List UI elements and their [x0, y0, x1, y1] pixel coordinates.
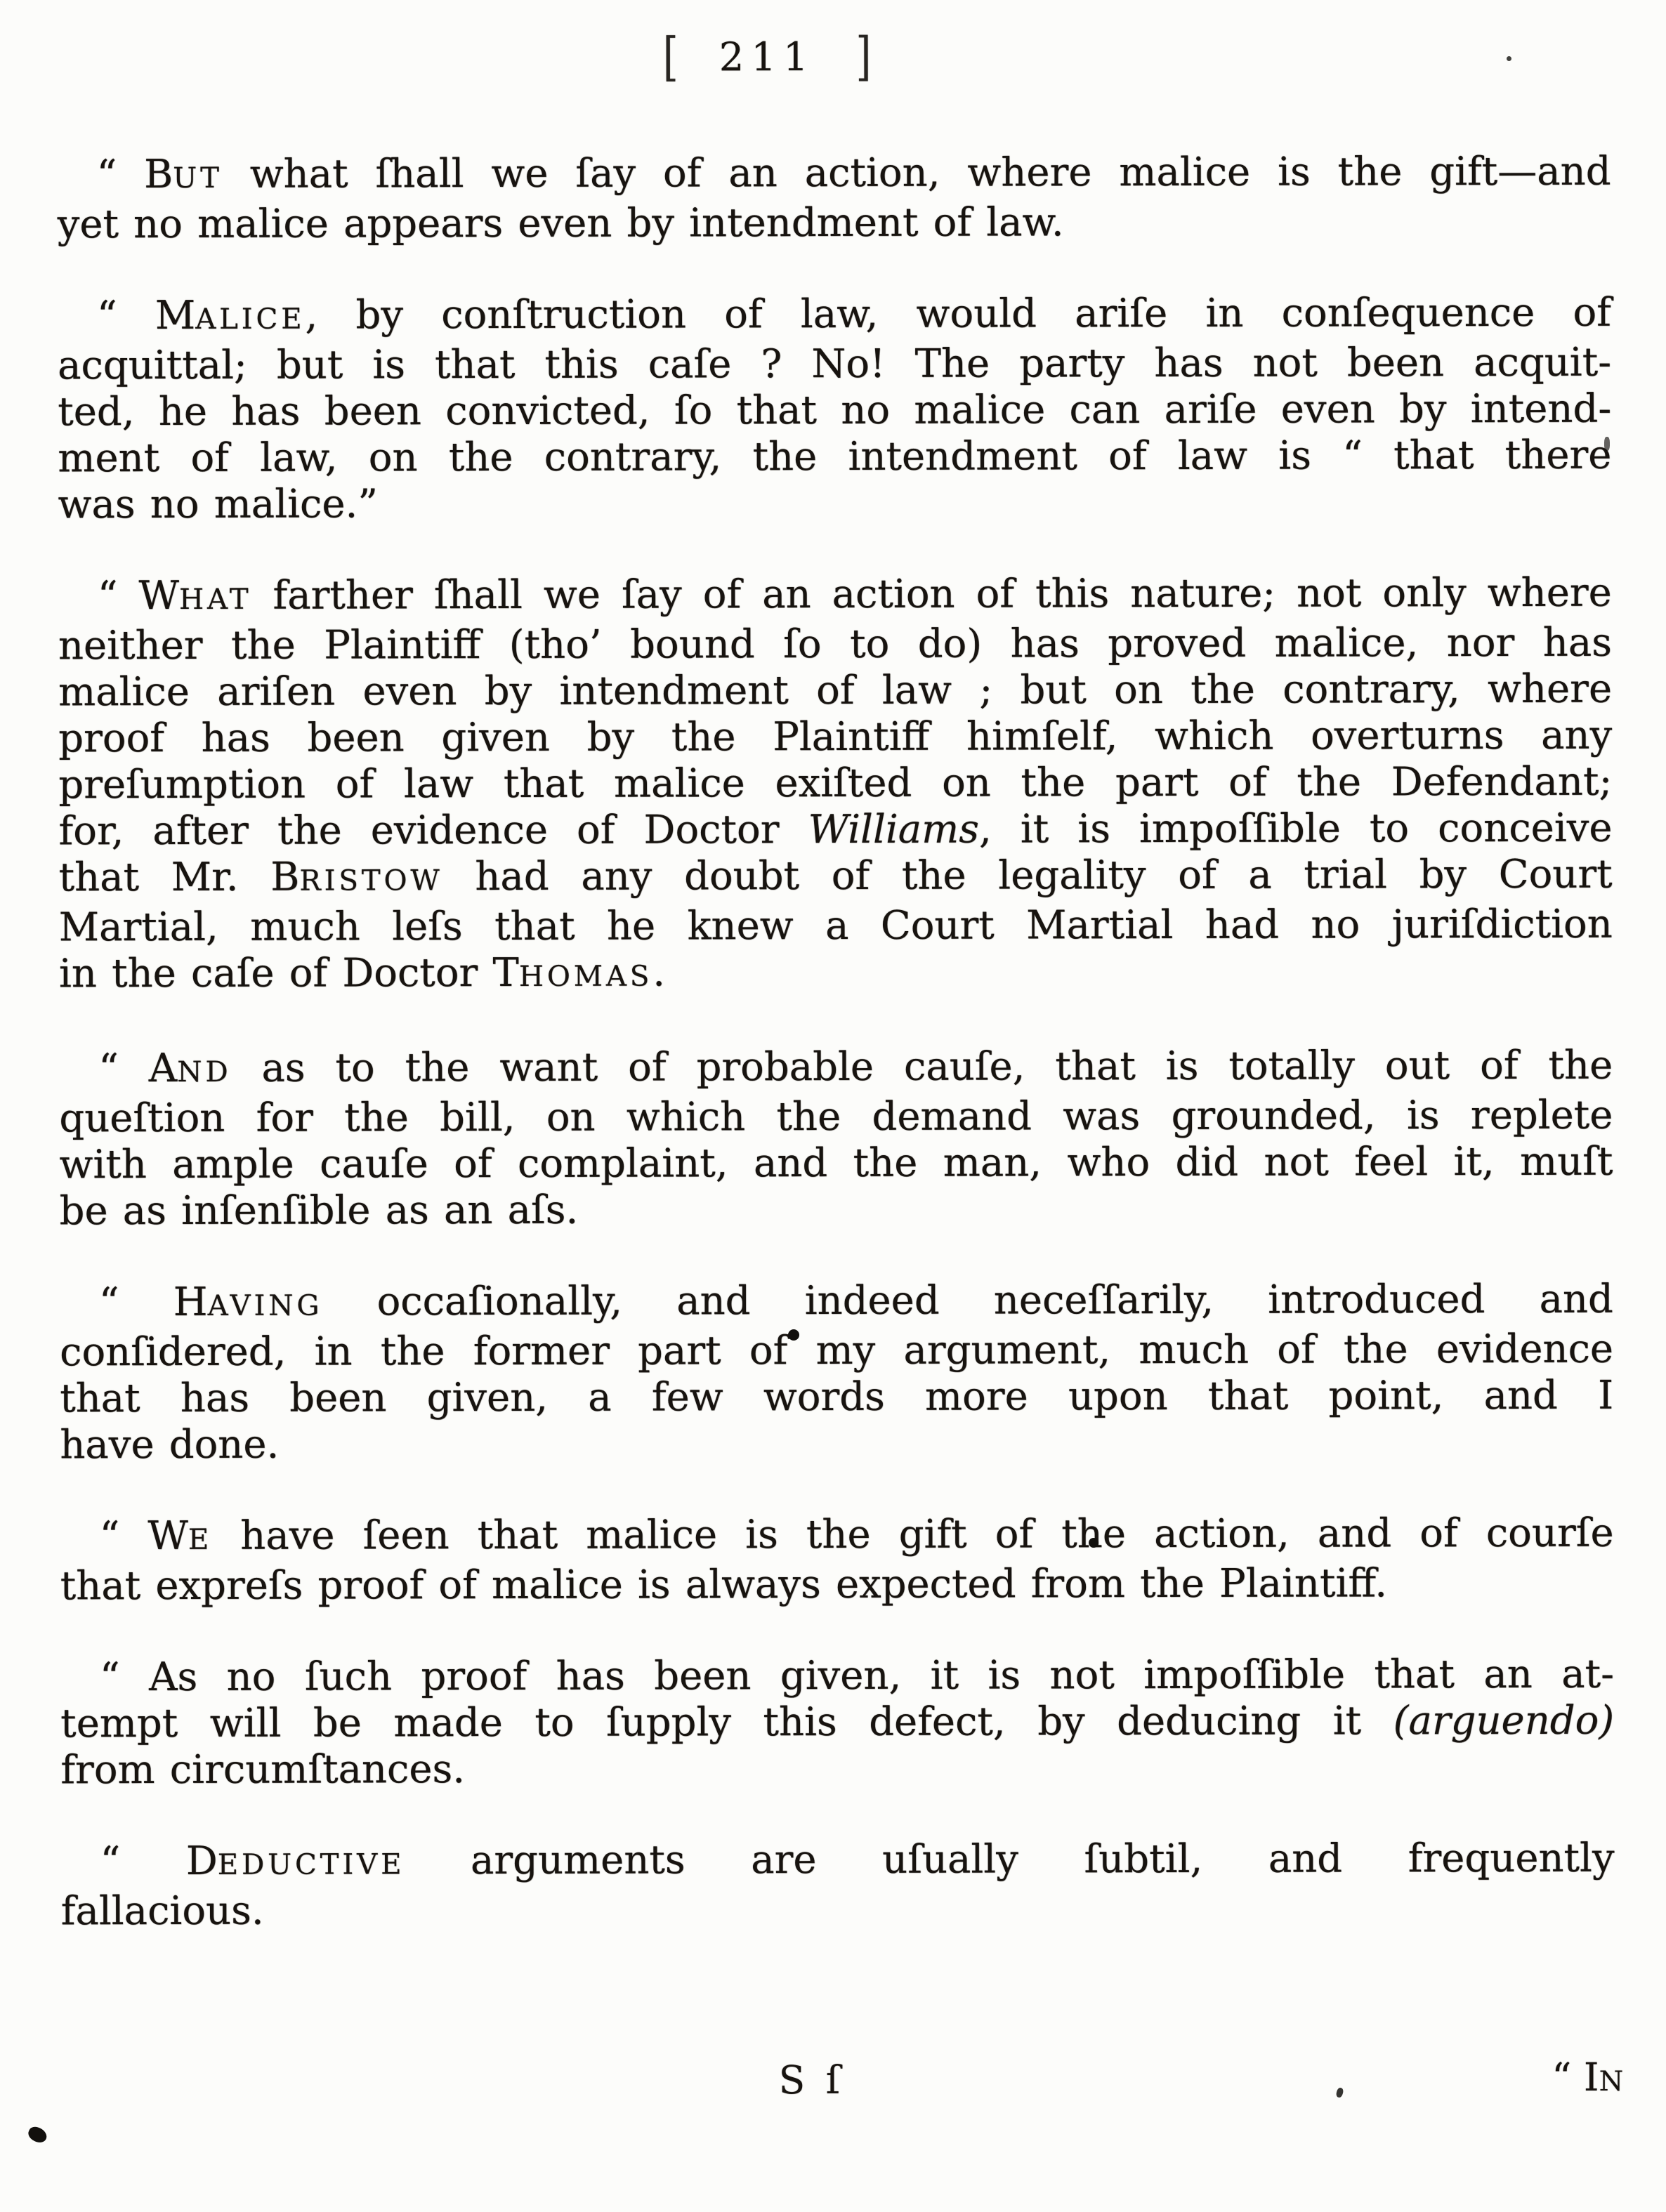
- paragraph: “ MALICE, by conſtruction of law, would …: [58, 290, 1612, 529]
- italic-text: (arguendo): [1393, 1698, 1615, 1744]
- text-segment: “ D: [100, 1838, 217, 1884]
- text-segment: malice ariſen even by intendment of law …: [58, 666, 1612, 716]
- page-footer: S ſ “ IN: [59, 2058, 1627, 2114]
- smallcaps-text: UT: [173, 162, 223, 195]
- text-line: “ AND as to the want of probable cauſe, …: [59, 1043, 1613, 1096]
- smallcaps-text: ND: [177, 1055, 231, 1088]
- text-line: “ MALICE, by conſtruction of law, would …: [58, 290, 1611, 343]
- text-line: malice ariſen even by intendment of law …: [58, 666, 1612, 716]
- smallcaps-text: E: [188, 1523, 212, 1556]
- text-segment: preſumption of law that malice exiſted o…: [58, 759, 1612, 808]
- catchword: “ IN: [1552, 2055, 1627, 2100]
- text-line: that has been given, a few words more up…: [60, 1373, 1613, 1423]
- scan-speck: [1604, 437, 1610, 451]
- smallcaps-text: N: [1599, 2065, 1627, 2098]
- text-line: yet no malice appears even by intendment…: [58, 199, 1611, 249]
- text-segment: acquittal; but is that this caſe ? No! T…: [58, 340, 1611, 389]
- scan-speck: [26, 2124, 49, 2145]
- signature-mark: S ſ: [779, 2058, 845, 2102]
- text-segment: was no malice.”: [58, 481, 378, 527]
- paragraph: “ WHAT farther ſhall we ſay of an action…: [58, 570, 1613, 1001]
- text-line: ted, he has been convicted, ſo that no m…: [58, 386, 1611, 436]
- text-line: that Mr. BRISTOW had any doubt of the le…: [59, 852, 1613, 905]
- text-segment: have done.: [60, 1422, 279, 1468]
- text-line: acquittal; but is that this caſe ? No! T…: [58, 340, 1611, 390]
- header-left-bracket: [: [663, 21, 678, 96]
- page-header: [211]: [0, 28, 1544, 88]
- text-segment: “ W: [100, 1513, 188, 1559]
- paragraph: “ As no ſuch proof has been given, it is…: [60, 1652, 1614, 1794]
- smallcaps-text: HOMAS: [519, 960, 653, 993]
- text-line: have done.: [60, 1419, 1613, 1469]
- text-segment: that has been given, a few words more up…: [60, 1373, 1613, 1422]
- scan-speck: [1089, 1538, 1098, 1548]
- text-segment: yet no malice appears even by intendment…: [58, 199, 1064, 247]
- text-line: that expreſs proof of malice is always e…: [60, 1560, 1614, 1610]
- text-line: with ample cauſe of complaint, and the m…: [59, 1139, 1613, 1189]
- text-line: preſumption of law that malice exiſted o…: [58, 759, 1612, 809]
- text-segment: tempt will be made to ſupply this defect…: [60, 1698, 1393, 1746]
- text-line: for, after the evidence of Doctor Willia…: [58, 805, 1612, 855]
- text-segment: proof has been given by the Plaintiff hi…: [58, 713, 1612, 762]
- smallcaps-text: EDUCTIVE: [218, 1848, 405, 1881]
- text-segment: what ſhall we ſay of an action, where ma…: [223, 149, 1611, 197]
- text-segment: that expreſs proof of malice is always e…: [60, 1560, 1387, 1609]
- text-line: Martial, much leſs that he knew a Court …: [59, 902, 1613, 952]
- text-segment: “ A: [98, 1046, 177, 1091]
- text-line: proof has been given by the Plaintiff hi…: [58, 713, 1612, 763]
- text-segment: “ I: [1552, 2055, 1599, 2100]
- text-segment: be as inſenſible as an aſs.: [60, 1187, 579, 1235]
- text-segment: “ As no ſuch proof has been given, it is…: [100, 1652, 1614, 1701]
- text-line: “ As no ſuch proof has been given, it is…: [60, 1652, 1614, 1701]
- text-segment: , by conſtruction of law, would ariſe in…: [305, 290, 1611, 338]
- paragraph: “ BUT what ſhall we ſay of an action, wh…: [57, 149, 1611, 249]
- paragraph: “ HAVING occaſionally, and indeed neceſſ…: [60, 1277, 1614, 1469]
- text-line: neither the Plaintiff (tho’ bound ſo to …: [58, 620, 1612, 670]
- text-line: “ WHAT farther ſhall we ſay of an action…: [58, 570, 1612, 624]
- text-segment: “ H: [99, 1279, 208, 1325]
- text-line: tempt will be made to ſupply this defect…: [60, 1698, 1614, 1748]
- text-segment: “ B: [96, 152, 173, 197]
- text-segment: arguments are uſually ſubtil, and freque…: [405, 1836, 1614, 1884]
- text-segment: conſidered, in the former part of my arg…: [60, 1326, 1613, 1376]
- text-line: “ BUT what ſhall we ſay of an action, wh…: [57, 149, 1611, 202]
- page-number: 211: [678, 34, 856, 81]
- paragraph: “ AND as to the want of probable cauſe, …: [59, 1043, 1613, 1235]
- smallcaps-text: AVING: [208, 1289, 323, 1322]
- text-line: in the caſe of Doctor THOMAS.: [59, 948, 1613, 1001]
- text-line: “ HAVING occaſionally, and indeed neceſſ…: [60, 1277, 1613, 1330]
- text-segment: queſtion for the bill, on which the dema…: [59, 1093, 1613, 1142]
- paragraph: “ WE have ſeen that malice is the gift o…: [60, 1510, 1614, 1610]
- text-segment: with ample cauſe of complaint, and the m…: [59, 1139, 1613, 1188]
- text-line: be as inſenſible as an aſs.: [60, 1185, 1613, 1235]
- text-line: fallacious.: [61, 1885, 1615, 1935]
- text-segment: farther ſhall we ſay of an action of thi…: [251, 570, 1611, 619]
- text-segment: occaſionally, and indeed neceſſarily, in…: [322, 1277, 1613, 1325]
- text-segment: in the caſe of Doctor T: [59, 950, 519, 996]
- text-line: “ WE have ſeen that malice is the gift o…: [60, 1510, 1614, 1564]
- text-line: was no malice.”: [58, 479, 1611, 529]
- text-segment: “ W: [98, 573, 179, 619]
- smallcaps-text: RISTOW: [299, 864, 442, 897]
- text-segment: as to the want of probable cauſe, that i…: [231, 1043, 1613, 1091]
- text-segment: .: [652, 950, 665, 996]
- text-segment: for, after the evidence of Doctor: [58, 807, 808, 854]
- text-segment: , it is impoſſible to conceive: [979, 805, 1613, 852]
- text-segment: neither the Plaintiff (tho’ bound ſo to …: [58, 620, 1612, 669]
- text-segment: have ſeen that malice is the gift of the…: [212, 1510, 1614, 1559]
- text-segment: Martial, much leſs that he knew a Court …: [59, 902, 1613, 951]
- text-segment: ment of law, on the contrary, the intend…: [58, 433, 1611, 482]
- text-line: conſidered, in the former part of my arg…: [60, 1326, 1613, 1376]
- italic-text: Williams: [808, 807, 979, 853]
- smallcaps-text: ALICE: [195, 303, 305, 336]
- book-page: [211] “ BUT what ſhall we ſay of an acti…: [57, 28, 1615, 1980]
- scan-speck: [788, 1329, 799, 1341]
- header-right-bracket: ]: [856, 20, 872, 95]
- text-line: queſtion for the bill, on which the dema…: [59, 1093, 1613, 1143]
- text-segment: fallacious.: [61, 1888, 264, 1935]
- text-line: ment of law, on the contrary, the intend…: [58, 433, 1611, 482]
- text-line: “ DEDUCTIVE arguments are uſually ſubtil…: [60, 1836, 1614, 1889]
- scan-speck: [1507, 56, 1511, 61]
- text-block: “ BUT what ſhall we ſay of an action, wh…: [57, 149, 1614, 1935]
- smallcaps-text: HAT: [179, 583, 252, 616]
- text-segment: ted, he has been convicted, ſo that no m…: [58, 386, 1611, 435]
- text-segment: “ M: [97, 293, 195, 338]
- text-line: from circumſtances.: [60, 1744, 1614, 1794]
- text-segment: that Mr. B: [59, 855, 300, 901]
- text-segment: from circumſtances.: [60, 1746, 465, 1793]
- text-segment: had any doubt of the legality of a trial…: [443, 852, 1613, 900]
- paragraph: “ DEDUCTIVE arguments are uſually ſubtil…: [60, 1836, 1614, 1935]
